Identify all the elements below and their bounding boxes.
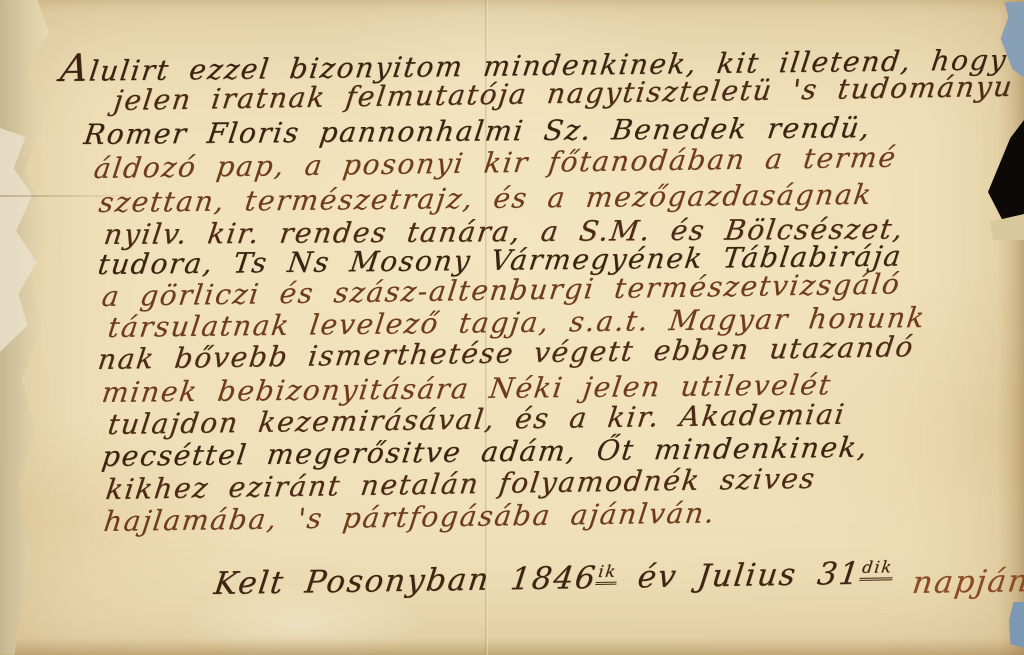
dateline-suffix: napján — [890, 563, 1024, 601]
dateline-month-day: év Julius 31 — [615, 556, 863, 596]
day-ordinal-superscript: dik — [860, 557, 896, 581]
dateline-place-year: Kelt Posonyban 1846 — [212, 560, 599, 602]
document-photo: Alulirt ezzel bizonyitom mindenkinek, ki… — [0, 0, 1024, 655]
